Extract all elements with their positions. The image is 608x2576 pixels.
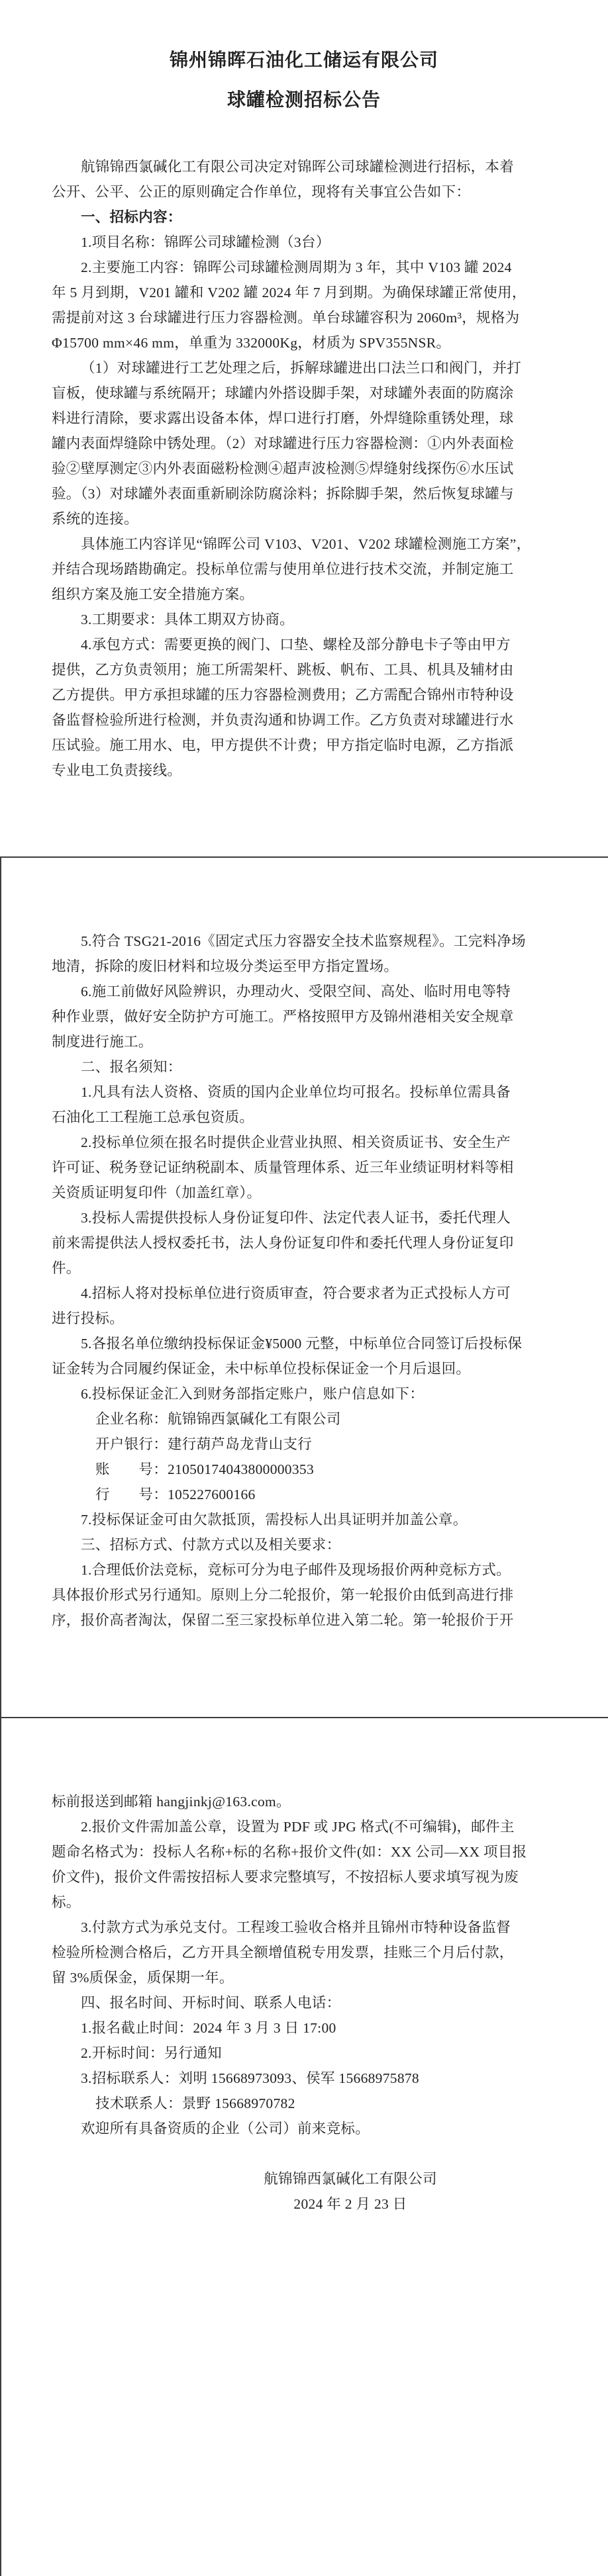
doc-line: 7.投标保证金可由欠款抵顶，需投标人出具证明并加盖公章。 (0, 1507, 608, 1532)
doc-line: 3.投标人需提供投标人身份证复印件、法定代表人证书，委托代理人 (0, 1205, 608, 1230)
doc-line: 具体报价形式另行通知。原则上分二轮报价，第一轮报价由低到高进行排 (0, 1583, 608, 1608)
doc-line: 5.各报名单位缴纳投标保证金¥5000 元整，中标单位合同签订后投标保 (0, 1331, 608, 1356)
doc-line: 并结合现场踏勘确定。投标单位需与使用单位进行技术交流，并制定施工 (0, 557, 608, 582)
doc-line: 证金转为合同履约保证金，未中标单位投标保证金一个月后退回。 (0, 1356, 608, 1381)
doc-line: 2.投标单位须在报名时提供企业营业执照、相关资质证书、安全生产 (0, 1130, 608, 1155)
account-bank-line: 开户银行：建行葫芦岛龙背山支行 (0, 1432, 608, 1457)
doc-line: 系统的连接。 (0, 506, 608, 531)
doc-line: 题命名格式为：投标人名称+标的名称+报价文件(如：XX 公司—XX 项目报 (0, 1839, 608, 1864)
doc-line: 乙方提供。甲方承担球罐的压力容器检测费用；乙方需配合锦州市特种设 (0, 682, 608, 708)
section-heading-3: 三、招标方式、付款方式以及相关要求： (0, 1532, 608, 1557)
doc-line: 3.工期要求：具体工期双方协商。 (0, 607, 608, 632)
doc-line: 1.合理低价法竞标，竞标可分为电子邮件及现场报价两种竞标方式。 (0, 1557, 608, 1583)
doc-line: 公开、公平、公正的原则确定合作单位，现将有关事宜公告如下： (0, 179, 608, 205)
doc-line: 进行投标。 (0, 1306, 608, 1331)
doc-line: 序，报价高者淘汰，保留二至三家投标单位进入第二轮。第一轮报价于开 (0, 1608, 608, 1633)
doc-line: 6.投标保证金汇入到财务部指定账户，账户信息如下： (0, 1381, 608, 1406)
doc-line: 组织方案及施工安全措施方案。 (0, 582, 608, 607)
doc-line: 4.承包方式：需要更换的阀门、口垫、螺栓及部分静电卡子等由甲方 (0, 632, 608, 657)
signature-company: 航锦锦西氯碱化工有限公司 (0, 2166, 608, 2191)
doc-line: 具体施工内容详见“锦晖公司 V103、V201、V202 球罐检测施工方案”， (0, 531, 608, 557)
doc-line: 许可证、税务登记证纳税副本、质量管理体系、近三年业绩证明材料等相 (0, 1155, 608, 1180)
doc-line: 航锦锦西氯碱化工有限公司决定对锦晖公司球罐检测进行招标，本着 (0, 154, 608, 179)
doc-line: 盲板，使球罐与系统隔开；球罐内外搭设脚手架，对球罐外表面的防腐涂 (0, 381, 608, 406)
doc-line: 料进行清除，要求露出设备本体，焊口进行打磨，外焊缝除重锈处理，球 (0, 406, 608, 431)
tech-contact-line: 技术联系人：景野 15668970782 (0, 2091, 608, 2116)
doc-line: 种作业票，做好安全防护方可施工。严格按照甲方及锦州港相关安全规章 (0, 1004, 608, 1029)
doc-line: 需提前对这 3 台球罐进行压力容器检测。单台球罐容积为 2060m³，规格为 (0, 305, 608, 330)
section-heading-1: 一、招标内容： (0, 205, 608, 230)
blank-line (0, 2141, 608, 2166)
doc-title-line-1: 锦州锦晖石油化工储运有限公司 (0, 41, 608, 81)
page-2: 5.符合 TSG21-2016《固定式压力容器安全技术监察规程》。工完料净场地清… (0, 858, 608, 1717)
doc-line: 2.主要施工内容：锦晖公司球罐检测周期为 3 年，其中 V103 罐 2024 (0, 255, 608, 280)
bank-code-line: 行 号：105227600166 (0, 1482, 608, 1507)
doc-line: 检验所检测合格后，乙方开具全额增值税专用发票，挂账三个月后付款， (0, 1940, 608, 1965)
email-line: 标前报送到邮箱 hangjinkj@163.com。 (0, 1789, 608, 1814)
doc-line: 年 5 月到期，V201 罐和 V202 罐 2024 年 7 月到期。为确保球… (0, 280, 608, 305)
doc-title-line-2: 球罐检测招标公告 (0, 81, 608, 120)
doc-line: 专业电工负责接线。 (0, 758, 608, 783)
document-canvas: 锦州锦晖石油化工储运有限公司球罐检测招标公告航锦锦西氯碱化工有限公司决定对锦晖公… (0, 0, 608, 2576)
section-heading-2: 二、报名须知： (0, 1054, 608, 1080)
doc-line: 欢迎所有具备资质的企业（公司）前来竞标。 (0, 2116, 608, 2141)
doc-line: 关资质证明复印件（加盖红章）。 (0, 1180, 608, 1205)
doc-line: 罐内表面焊缝除中锈处理。（2）对球罐进行压力容器检测：①内外表面检 (0, 431, 608, 456)
doc-line: 2.报价文件需加盖公章，设置为 PDF 或 JPG 格式(不可编辑)，邮件主 (0, 1814, 608, 1839)
doc-line: 提供，乙方负责领用；施工所需架杆、跳板、帆布、工具、机具及辅材由 (0, 657, 608, 682)
page-1: 锦州锦晖石油化工储运有限公司球罐检测招标公告航锦锦西氯碱化工有限公司决定对锦晖公… (0, 0, 608, 856)
deadline-line: 1.报名截止时间：2024 年 3 月 3 日 17:00 (0, 2015, 608, 2041)
doc-line: 前来需提供法人授权委托书，法人身份证复印件和委托代理人身份证复印 (0, 1230, 608, 1256)
signature-date: 2024 年 2 月 23 日 (0, 2191, 608, 2217)
doc-line: 价文件)，报价文件需按招标人要求完整填写，不按招标人要求填写视为废 (0, 1864, 608, 1890)
doc-line: 件。 (0, 1256, 608, 1281)
account-number-line: 账 号：21050174043800000353 (0, 1457, 608, 1482)
doc-line: 压试验。施工用水、电，甲方提供不计费；甲方指定临时电源，乙方指派 (0, 733, 608, 758)
doc-line: 3.付款方式为承兑支付。工程竣工验收合格并且锦州市特种设备监督 (0, 1915, 608, 1940)
doc-line: 验②壁厚测定③内外表面磁粉检测④超声波检测⑤焊缝射线探伤⑥水压试 (0, 456, 608, 481)
account-company-line: 企业名称：航锦锦西氯碱化工有限公司 (0, 1406, 608, 1432)
doc-line: 地清，拆除的废旧材料和垃圾分类运至甲方指定置场。 (0, 954, 608, 979)
doc-line: 1.凡具有法人资格、资质的国内企业单位均可报名。投标单位需具备 (0, 1080, 608, 1105)
doc-line: 验。（3）对球罐外表面重新刷涂防腐涂料；拆除脚手架，然后恢复球罐与 (0, 481, 608, 506)
doc-line: （1）对球罐进行工艺处理之后，拆解球罐进出口法兰口和阀门，并打 (0, 355, 608, 381)
doc-line: 留 3%质保金，质保期一年。 (0, 1965, 608, 1990)
doc-line: 4.招标人将对投标单位进行资质审查，符合要求者为正式投标人方可 (0, 1281, 608, 1306)
doc-line: Φ15700 mm×46 mm，单重为 332000Kg，材质为 SPV355N… (0, 330, 608, 355)
doc-line: 1.项目名称：锦晖公司球罐检测（3台） (0, 230, 608, 255)
doc-line: 5.符合 TSG21-2016《固定式压力容器安全技术监察规程》。工完料净场 (0, 929, 608, 954)
page-3: 标前报送到邮箱 hangjinkj@163.com。2.报价文件需加盖公章，设置… (0, 1718, 608, 2576)
doc-line: 石油化工工程施工总承包资质。 (0, 1105, 608, 1130)
page-left-border (0, 856, 1, 2576)
section-heading-4: 四、报名时间、开标时间、联系人电话： (0, 1990, 608, 2015)
doc-line: 6.施工前做好风险辨识，办理动火、受限空间、高处、临时用电等特 (0, 979, 608, 1004)
doc-line: 标。 (0, 1890, 608, 1915)
doc-line: 备监督检验所进行检测，并负责沟通和协调工作。乙方负责对球罐进行水 (0, 708, 608, 733)
contact-line: 3.招标联系人：刘明 15668973093、侯军 15668975878 (0, 2066, 608, 2091)
doc-line: 制度进行施工。 (0, 1029, 608, 1054)
bid-opening-line: 2.开标时间：另行通知 (0, 2041, 608, 2066)
